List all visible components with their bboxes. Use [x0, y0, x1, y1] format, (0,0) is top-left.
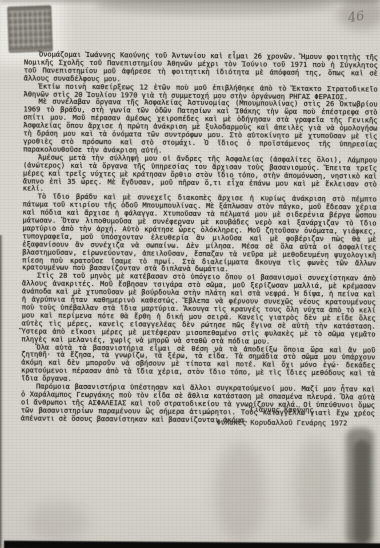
scan-edge-top [0, 0, 380, 2]
stain [346, 428, 374, 546]
scan-edge-bottom [4, 541, 380, 548]
scan-edge-left [0, 235, 3, 548]
typewritten-text: Ὀνομάζομαι Ἰωάννης Καούνης τοῦ Ἀντωνίου … [21, 51, 378, 426]
paragraph: Ὅλα αὐτὰ τὰ βασανιστήρια εἶμαι σὲ θέση ν… [21, 344, 375, 387]
archive-ink-stamp [7, 5, 53, 53]
stain [295, 438, 335, 528]
stain [215, 442, 265, 542]
paragraph: Ὀνομάζομαι Ἰωάννης Καούνης τοῦ Ἀντωνίου … [24, 51, 378, 86]
paragraph: Στὶς 28 τοῦ μηνὸς μὲ κατέβασαν στὸ ὑπόγε… [21, 273, 376, 347]
paragraph: Ἀμέσως μετὰ τὴν σύλληψή μου οἱ ἄνδρες τῆ… [23, 154, 377, 197]
scanned-page: 46 Ὀνομάζομαι Ἰωάννης Καούνης τοῦ Ἀντωνί… [0, 0, 380, 548]
stain [354, 440, 370, 544]
paragraph: Τὸ ἴδιο βράδυ καὶ μὲ συνεχεῖς διακοπὲς ἄ… [22, 194, 377, 276]
signature-place-date: Φυλακὲς Κορυδαλλοῦ Γενάρης 1972 [212, 417, 352, 431]
signature-name: Γιάννης Καούνης [212, 404, 352, 418]
stain [95, 0, 335, 14]
signature-block: Γιάννης Καούνης Φυλακὲς Κορυδαλλοῦ Γενάρ… [212, 404, 352, 431]
stain [28, 502, 88, 542]
paragraph: Μὲ συνέλαβαν ὄργανα τῆς Ἀσφαλείας Ἀστυνο… [23, 99, 377, 157]
handwritten-page-number: 46 [347, 9, 366, 26]
